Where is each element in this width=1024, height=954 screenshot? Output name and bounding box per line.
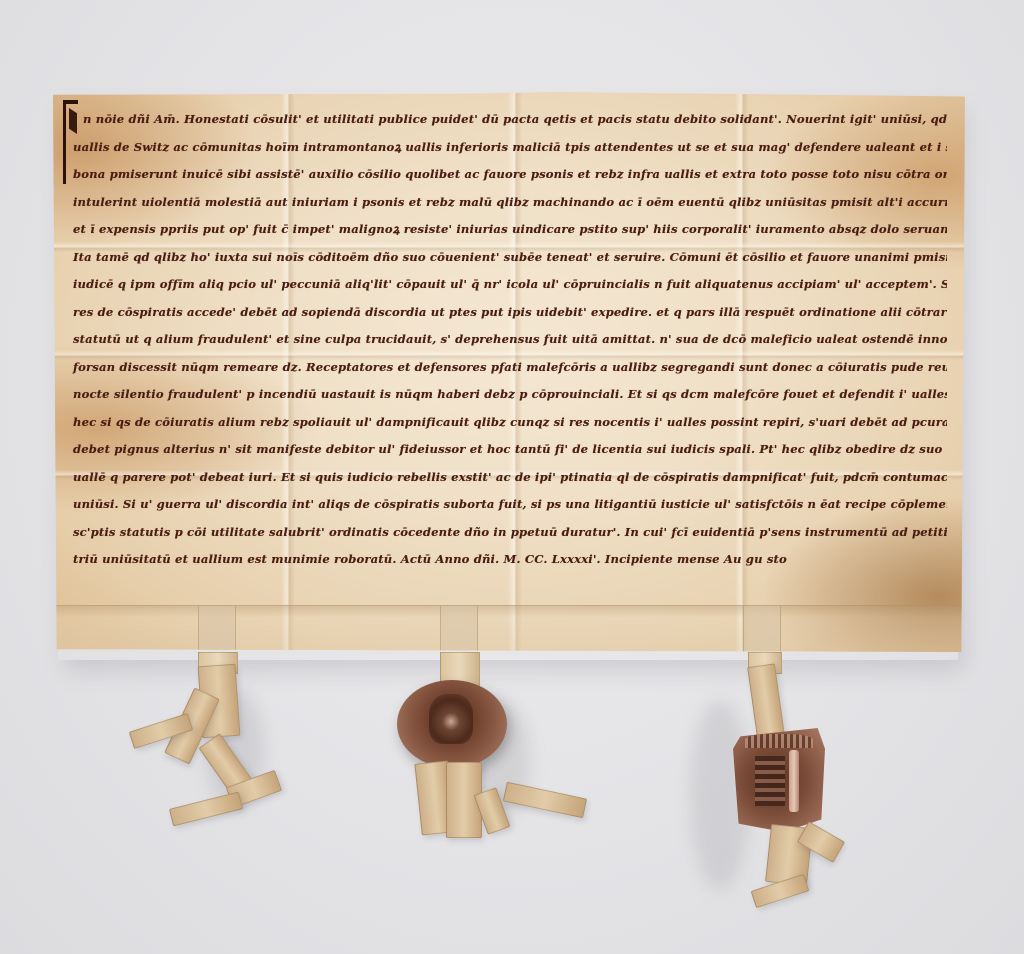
- plica-fold: [53, 605, 965, 652]
- seal-tower-motif: [755, 756, 785, 806]
- text-line: uniūsi. Si u' guerra ul' discordia int' …: [61, 491, 947, 519]
- seal-relief: [429, 694, 473, 744]
- text-line: hec si qs de cōiuratis alium rebz spolia…: [61, 409, 947, 437]
- text-line: uallis de Switz ac cōmunitas hoīm intram…: [61, 134, 947, 162]
- photo-stage: n nōie dñi Am̄. Honestati cōsulit' et ut…: [0, 0, 1024, 954]
- text-line: nocte silentio fraudulent' p incendiū ua…: [61, 381, 947, 409]
- text-line: iudicē q ipm offīm aliq pcio ul' peccuni…: [61, 271, 947, 299]
- text-line: et ī expensis ppriis put op' fuit c̄ imp…: [61, 216, 947, 244]
- seal-legend-rim: [745, 734, 813, 748]
- text-line: sc'ptis statutis p cōi utilitate salubri…: [61, 519, 947, 547]
- text-line: triū uniūsitatū et uallium est munimie r…: [61, 546, 947, 574]
- text-line: bona pmiserunt inuicē sibi assistē' auxi…: [61, 161, 947, 189]
- tag-slot-left: [198, 606, 236, 652]
- text-line: Ita tamē qd qlibz ho' iuxta sui noīs cōd…: [61, 244, 947, 272]
- text-line: n nōie dñi Am̄. Honestati cōsulit' et ut…: [61, 106, 947, 134]
- text-line: debet pignus alterius n' sit manifeste d…: [61, 436, 947, 464]
- text-line: uallē q parere pot' debeat iuri. Et si q…: [61, 464, 947, 492]
- parchment-charter: n nōie dñi Am̄. Honestati cōsulit' et ut…: [53, 92, 965, 652]
- text-line: intulerint uiolentiā molestiā aut iniuri…: [61, 189, 947, 217]
- charter-text: n nōie dñi Am̄. Honestati cōsulit' et ut…: [61, 106, 947, 574]
- tag-slot-center: [440, 606, 478, 652]
- seal-key-motif: [789, 750, 799, 812]
- tag-slot-right: [743, 606, 781, 652]
- wax-seal-round: [397, 680, 507, 768]
- text-line: forsan discessit nūqm remeare dz. Recept…: [61, 354, 947, 382]
- text-line: res de cōspiratis accede' debēt ad sopie…: [61, 299, 947, 327]
- text-line: statutū ut q alium fraudulent' et sine c…: [61, 326, 947, 354]
- wax-seal-shield: [733, 728, 825, 832]
